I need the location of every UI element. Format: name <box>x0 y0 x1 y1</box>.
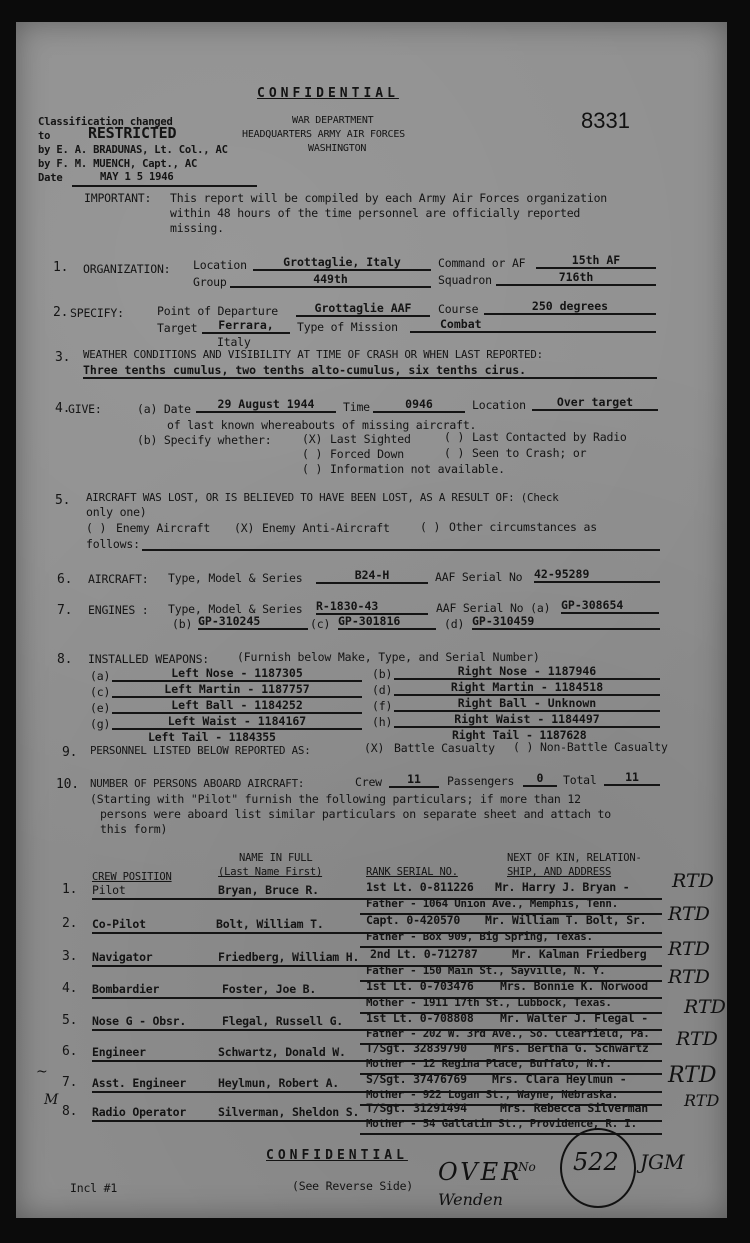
s10-total-field[interactable]: 11 <box>604 771 660 786</box>
s6-num: 6. <box>57 573 72 587</box>
department-line-3: WASHINGTON <box>308 142 366 156</box>
checkbox-empty[interactable]: ( ) <box>86 521 106 535</box>
crew-position: Co-Pilot <box>92 917 146 931</box>
crew-rank-serial: Capt. 0-420570 <box>366 913 460 927</box>
handwritten-initials: JGM <box>640 1150 684 1174</box>
s10-total-label: Total <box>563 773 597 787</box>
s4-date-field[interactable]: 29 August 1944 <box>196 398 336 413</box>
s4-date-label: (a) Date <box>137 402 191 416</box>
crew-name: Bolt, William T. <box>216 917 324 931</box>
s3-label: WEATHER CONDITIONS AND VISIBILITY AT TIM… <box>83 348 543 362</box>
s5-follows-label: follows: <box>86 537 140 551</box>
kin-address: Mother - 922 Logan St., Wayne, Nebraska. <box>366 1088 618 1102</box>
handwritten-tick-mark: ~ <box>36 1064 48 1080</box>
kin-address: Father - 202 W. 3rd Ave., So. Clearfield… <box>366 1027 650 1041</box>
crew-name: Foster, Joe B. <box>222 982 316 996</box>
s7-engine-b-field[interactable]: GP-310245 <box>198 615 308 630</box>
row-num: 4. <box>62 982 77 996</box>
s4-b-label: (b) Specify whether: <box>137 433 271 447</box>
s6-label: AIRCRAFT: <box>88 572 149 586</box>
s7-engine-c-field[interactable]: GP-301816 <box>338 615 436 630</box>
crew-name: Friedberg, William H. <box>218 950 359 964</box>
weapon-field-left-waist[interactable]: Left Waist - 1184167 <box>112 715 362 730</box>
weapon-key: (f) <box>372 699 392 713</box>
inclosure-label: Incl #1 <box>70 1181 117 1195</box>
s2-departure-field[interactable]: Grottaglie AAF <box>296 302 430 317</box>
s8-hint: (Furnish below Make, Type, and Serial Nu… <box>237 650 540 664</box>
s10-crew-label: Crew <box>355 775 382 789</box>
s1-location-field[interactable]: Grottaglie, Italy <box>253 256 431 271</box>
s10-passengers-field[interactable]: 0 <box>523 772 557 787</box>
kin-address: Mother - 12 Regina Place, Buffalo, N.Y. <box>366 1057 612 1071</box>
s5-label: AIRCRAFT WAS LOST, OR IS BELIEVED TO HAV… <box>86 491 559 505</box>
kin-name: Mr. Harry J. Bryan - <box>495 880 629 894</box>
row-num: 5. <box>62 1014 77 1028</box>
classification-bottom: CONFIDENTIAL <box>266 1148 408 1163</box>
s2-target-field[interactable]: Ferrara, <box>202 319 290 334</box>
s10-label: NUMBER OF PERSONS ABOARD AIRCRAFT: <box>90 777 304 791</box>
header-rank: RANK SERIAL NO. <box>366 865 458 879</box>
s9-battle-checkbox[interactable]: (X) <box>364 741 384 755</box>
s10-note-1: (Starting with "Pilot" furnish the follo… <box>90 792 581 806</box>
option-label: Enemy Aircraft <box>116 521 210 535</box>
s6-type-label: Type, Model & Series <box>168 571 302 585</box>
s2-target-line-2: Italy <box>217 335 251 349</box>
handwritten-rtd: RTD <box>668 966 710 988</box>
s5-num: 5. <box>55 494 70 508</box>
option-label: Enemy Anti-Aircraft <box>262 521 390 535</box>
crew-name: Flegal, Russell G. <box>222 1014 343 1028</box>
important-text-3: missing. <box>170 221 224 235</box>
s1-squadron-label: Squadron <box>438 273 492 287</box>
crew-name: Silverman, Sheldon S. <box>218 1105 359 1119</box>
kin-address: Mother - 1911 17th St., Lubbock, Texas. <box>366 996 612 1010</box>
crew-name: Bryan, Bruce R. <box>218 883 319 897</box>
s1-group-label: Group <box>193 275 227 289</box>
s7-d-label: (d) <box>444 617 464 631</box>
s4-location-label: Location <box>472 398 526 412</box>
weapon-key: (e) <box>90 701 110 715</box>
kin-name: Mrs. Rebecca Silverman <box>500 1101 648 1115</box>
option-label: Seen to Crash; or <box>472 446 586 460</box>
header-position: CREW POSITION <box>92 870 172 884</box>
handwritten-over: OVER <box>438 1158 522 1186</box>
checkbox-empty[interactable]: ( ) <box>302 447 322 461</box>
s1-command-field[interactable]: 15th AF <box>536 254 656 269</box>
crew-rank-serial: T/Sgt. 32839790 <box>366 1041 467 1055</box>
s4-label: GIVE: <box>68 402 102 416</box>
handwritten-rtd: RTD <box>684 1091 719 1110</box>
s5-follows-field[interactable] <box>142 549 660 551</box>
stamp-number: 522 <box>573 1148 619 1176</box>
weapon-key: (d) <box>372 683 392 697</box>
option-label: Forced Down <box>330 447 404 461</box>
weapon-field-right-martin[interactable]: Right Martin - 1184518 <box>394 681 660 696</box>
kin-address: Father - 1064 Union Ave., Memphis, Tenn. <box>366 897 618 911</box>
crew-position: Asst. Engineer <box>92 1076 186 1090</box>
s7-num: 7. <box>57 604 72 618</box>
s9-label: PERSONNEL LISTED BELOW REPORTED AS: <box>90 744 311 758</box>
crew-rank-serial: S/Sgt. 37476769 <box>366 1072 467 1086</box>
checkbox-empty[interactable]: ( ) <box>444 446 464 460</box>
classification-top: CONFIDENTIAL <box>257 86 399 101</box>
s10-note-2: persons were aboard list similar particu… <box>100 807 611 821</box>
s1-num: 1. <box>53 261 68 275</box>
kin-name: Mrs. Clara Heylmun - <box>492 1072 626 1086</box>
kin-name: Mr. William T. Bolt, Sr. <box>485 913 646 927</box>
reclass-by-2: by F. M. MUENCH, Capt., AC <box>38 157 197 171</box>
important-label: IMPORTANT: <box>84 191 151 205</box>
s2-num: 2. <box>53 306 68 320</box>
crew-rank-serial: 1st Lt. 0-811226 <box>366 880 474 894</box>
handwritten-rtd: RTD <box>668 903 710 925</box>
handwritten-rtd: RTD <box>668 938 710 960</box>
row-num: 8. <box>62 1105 77 1119</box>
s1-label: ORGANIZATION: <box>83 262 170 276</box>
s10-note-3: this form) <box>100 822 167 836</box>
handwritten-initials-mark: M <box>44 1092 58 1108</box>
kin-name: Mr. Kalman Friedberg <box>512 947 646 961</box>
s4-a-sub: of last known whereabouts of missing air… <box>167 418 476 432</box>
s1-squadron-field[interactable]: 716th <box>496 271 656 286</box>
checkbox-empty[interactable]: ( ) <box>444 430 464 444</box>
s7-label: ENGINES : <box>88 603 149 617</box>
header-name: (Last Name First) <box>218 865 322 879</box>
reclass-date-rule <box>72 185 257 187</box>
s1-location-label: Location <box>193 258 247 272</box>
weapon-key: (g) <box>90 717 110 731</box>
department-line-1: WAR DEPARTMENT <box>292 114 374 128</box>
option-label: Last Contacted by Radio <box>472 430 627 444</box>
reclass-date-label: Date <box>38 171 63 185</box>
row-num: 6. <box>62 1045 77 1059</box>
s3-weather-field[interactable]: Three tenths cumulus, two tenths alto-cu… <box>83 364 657 379</box>
handwritten-signature: Wenden <box>438 1190 503 1209</box>
reclass-to-label: to <box>38 129 50 143</box>
weapon-key: (h) <box>372 715 392 729</box>
s6-serial-label: AAF Serial No <box>435 570 522 584</box>
department-line-2: HEADQUARTERS ARMY AIR FORCES <box>242 128 405 142</box>
crew-rank-serial: 2nd Lt. 0-712787 <box>370 947 478 961</box>
kin-name: Mrs. Bonnie K. Norwood <box>500 979 648 993</box>
crew-position: Bombardier <box>92 982 159 996</box>
s4-time-field[interactable]: 0946 <box>373 398 465 413</box>
crew-rank-serial: 1st Lt. 0-708808 <box>366 1011 474 1025</box>
kin-name: Mrs. Bertha G. Schwartz <box>494 1041 649 1055</box>
kin-address: Father - Box 909, Big Spring, Texas. <box>366 930 593 944</box>
weapon-field-left-nose[interactable]: Left Nose - 1187305 <box>112 667 362 682</box>
crew-rank-serial: 1st Lt. 0-703476 <box>366 979 474 993</box>
weapon-field-right-waist[interactable]: Right Waist - 1184497 <box>394 713 660 728</box>
weapon-key: (c) <box>90 685 110 699</box>
weapon-field-left-ball[interactable]: Left Ball - 1184252 <box>112 699 362 714</box>
weapon-key: (b) <box>372 667 392 681</box>
handwritten-rtd: RTD <box>684 996 726 1018</box>
handwritten-rtd: RTD <box>672 870 714 892</box>
s5-label-2: only one) <box>86 505 147 519</box>
checkbox-checked[interactable]: (X) <box>302 432 322 446</box>
handwritten-rtd: RTD <box>676 1028 718 1050</box>
s3-num: 3. <box>55 351 70 365</box>
header-name-top: NAME IN FULL <box>239 851 312 865</box>
crew-position: Engineer <box>92 1045 146 1059</box>
checkbox-empty[interactable]: ( ) <box>302 462 322 476</box>
document-number: 8331 <box>581 108 630 134</box>
row-num: 3. <box>62 950 77 964</box>
checkbox-empty[interactable]: ( ) <box>420 520 440 534</box>
weapon-field-left-martin[interactable]: Left Martin - 1187757 <box>112 683 362 698</box>
s9-nonbattle-label: Non-Battle Casualty <box>540 740 668 754</box>
weapon-field-right-ball[interactable]: Right Ball - Unknown <box>394 697 660 712</box>
checkbox-checked[interactable]: (X) <box>234 521 254 535</box>
crew-position: Radio Operator <box>92 1105 186 1119</box>
option-label: Information not available. <box>330 462 505 476</box>
s7-c-label: (c) <box>310 617 330 631</box>
s6-serial-field[interactable]: 42-95289 <box>534 568 660 583</box>
s10-num: 10. <box>56 778 79 792</box>
s2-course-label: Course <box>438 302 478 316</box>
option-label: Other circumstances as <box>449 520 597 534</box>
s1-group-field[interactable]: 449th <box>230 273 431 288</box>
s8-num: 8. <box>57 653 72 667</box>
s1-command-label: Command or AF <box>438 256 525 270</box>
kin-address: Father - 150 Main St., Sayville, N. Y. <box>366 964 605 978</box>
s7-engine-d-field[interactable]: GP-310459 <box>472 615 660 630</box>
row-num: 7. <box>62 1076 77 1090</box>
header-kin: SHIP, AND ADDRESS <box>507 865 611 879</box>
s2-course-field[interactable]: 250 degrees <box>484 300 656 315</box>
s10-passengers-label: Passengers <box>447 774 514 788</box>
row-num: 2. <box>62 917 77 931</box>
s7-serial-label: AAF Serial No (a) <box>436 601 550 615</box>
header-kin-top: NEXT OF KIN, RELATION- <box>507 851 642 865</box>
s9-nonbattle-checkbox[interactable]: ( ) <box>513 740 533 754</box>
reclass-to-value: RESTRICTED <box>88 126 176 140</box>
see-reverse-side: (See Reverse Side) <box>292 1179 413 1193</box>
s4-location-field[interactable]: Over target <box>532 396 658 411</box>
weapon-key: (a) <box>90 669 110 683</box>
crew-position: Pilot <box>92 883 126 897</box>
row-num: 1. <box>62 883 77 897</box>
s7-type-field[interactable]: R-1830-43 <box>316 600 428 615</box>
s9-battle-label: Battle Casualty <box>394 741 495 755</box>
s10-crew-field[interactable]: 11 <box>389 773 439 788</box>
s7-b-label: (b) <box>172 617 192 631</box>
s6-type-field[interactable]: B24-H <box>316 569 428 584</box>
s2-departure-label: Point of Departure <box>157 304 278 318</box>
weapon-left-tail: Left Tail - 1184355 <box>148 730 276 744</box>
crew-name: Heylmun, Robert A. <box>218 1076 339 1090</box>
s2-mission-label: Type of Mission <box>297 320 398 334</box>
important-text-2: within 48 hours of the time personnel ar… <box>170 206 580 220</box>
reclass-date-value: MAY 1 5 1946 <box>100 170 173 184</box>
s9-num: 9. <box>62 746 77 760</box>
crew-position: Navigator <box>92 950 153 964</box>
s8-label: INSTALLED WEAPONS: <box>88 652 209 666</box>
reclass-by-1: by E. A. BRADUNAS, Lt. Col., AC <box>38 143 228 157</box>
kin-name: Mr. Walter J. Flegal - <box>500 1011 648 1025</box>
handwritten-rtd: RTD <box>668 1063 717 1088</box>
s4-time-label: Time <box>343 400 370 414</box>
crew-position: Nose G - Obsr. <box>92 1014 186 1028</box>
s2-label: SPECIFY: <box>70 306 124 320</box>
s7-engine-a-field[interactable]: GP-308654 <box>561 599 659 614</box>
handwritten-no: No <box>518 1160 536 1174</box>
weapon-field-right-nose[interactable]: Right Nose - 1187946 <box>394 665 660 680</box>
crew-rank-serial: T/Sgt. 31291494 <box>366 1101 467 1115</box>
option-label: Last Sighted <box>330 432 411 446</box>
crew-name: Schwartz, Donald W. <box>218 1045 346 1059</box>
s2-target-label: Target <box>157 321 197 335</box>
important-text-1: This report will be compiled by each Arm… <box>170 191 607 205</box>
s2-mission-field[interactable]: Combat <box>410 318 656 333</box>
